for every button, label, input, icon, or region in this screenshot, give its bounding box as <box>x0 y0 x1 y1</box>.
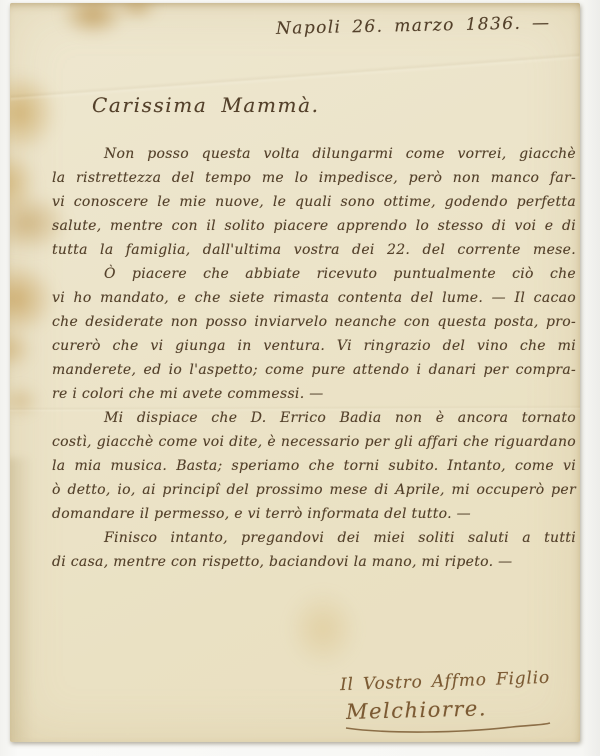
letter-line: vi conoscere le mie nuove, le quali sono… <box>52 190 576 214</box>
letter-line: Mi dispiace che D. Errico Badia non è an… <box>52 406 576 430</box>
letter-line: curerò che vi giunga in ventura. Vi ring… <box>52 334 576 358</box>
letter-line: domandare il permesso, e vi terrò inform… <box>52 502 576 526</box>
letter-line: costì, giacchè come voi dite, è necessar… <box>52 430 576 454</box>
letter-line: Ò piacere che abbiate ricevuto puntualme… <box>52 262 576 286</box>
letter-body: Non posso questa volta dilungarmi come v… <box>52 142 576 574</box>
letter-line: la ristrettezza del tempo me lo impedisc… <box>52 166 576 190</box>
letter-line: Finisco intanto, pregandovi dei miei sol… <box>52 526 576 550</box>
signature-block: Il Vostro Affmo Figlio Melchiorre. <box>340 671 576 735</box>
letter-line: che desiderate non posso inviarvelo nean… <box>52 310 576 334</box>
letter-line: tutta la famiglia, dall'ultima vostra de… <box>52 238 576 262</box>
dateline: Napoli 26. marzo 1836. — <box>275 13 550 39</box>
salutation: Carissima Mammà. <box>92 93 320 117</box>
letter-line: salute, mentre con il solito piacere app… <box>52 214 576 238</box>
stain-top-left <box>45 3 175 51</box>
stain-left-strip <box>10 458 32 742</box>
valediction: Il Vostro Affmo Figlio <box>340 667 577 695</box>
letter-page: Napoli 26. marzo 1836. — Carissima Mammà… <box>10 3 580 742</box>
letter-line: ò detto, io, ai principî del prossimo me… <box>52 478 576 502</box>
letter-line: manderete, ed io l'aspetto; come pure at… <box>52 358 576 382</box>
letter-line: la mia musica. Basta; speriamo che torni… <box>52 454 576 478</box>
stain-left-small <box>10 375 56 427</box>
letter-line: vi ho mandato, e che siete rimasta conte… <box>52 286 576 310</box>
letter-line: Non posso questa volta dilungarmi come v… <box>52 142 576 166</box>
scanned-letter: Napoli 26. marzo 1836. — Carissima Mammà… <box>0 0 600 756</box>
letter-line: di casa, mentre con rispetto, baciandovi… <box>52 550 576 574</box>
letter-line: re i colori che mi avete commessi. — <box>52 382 576 406</box>
